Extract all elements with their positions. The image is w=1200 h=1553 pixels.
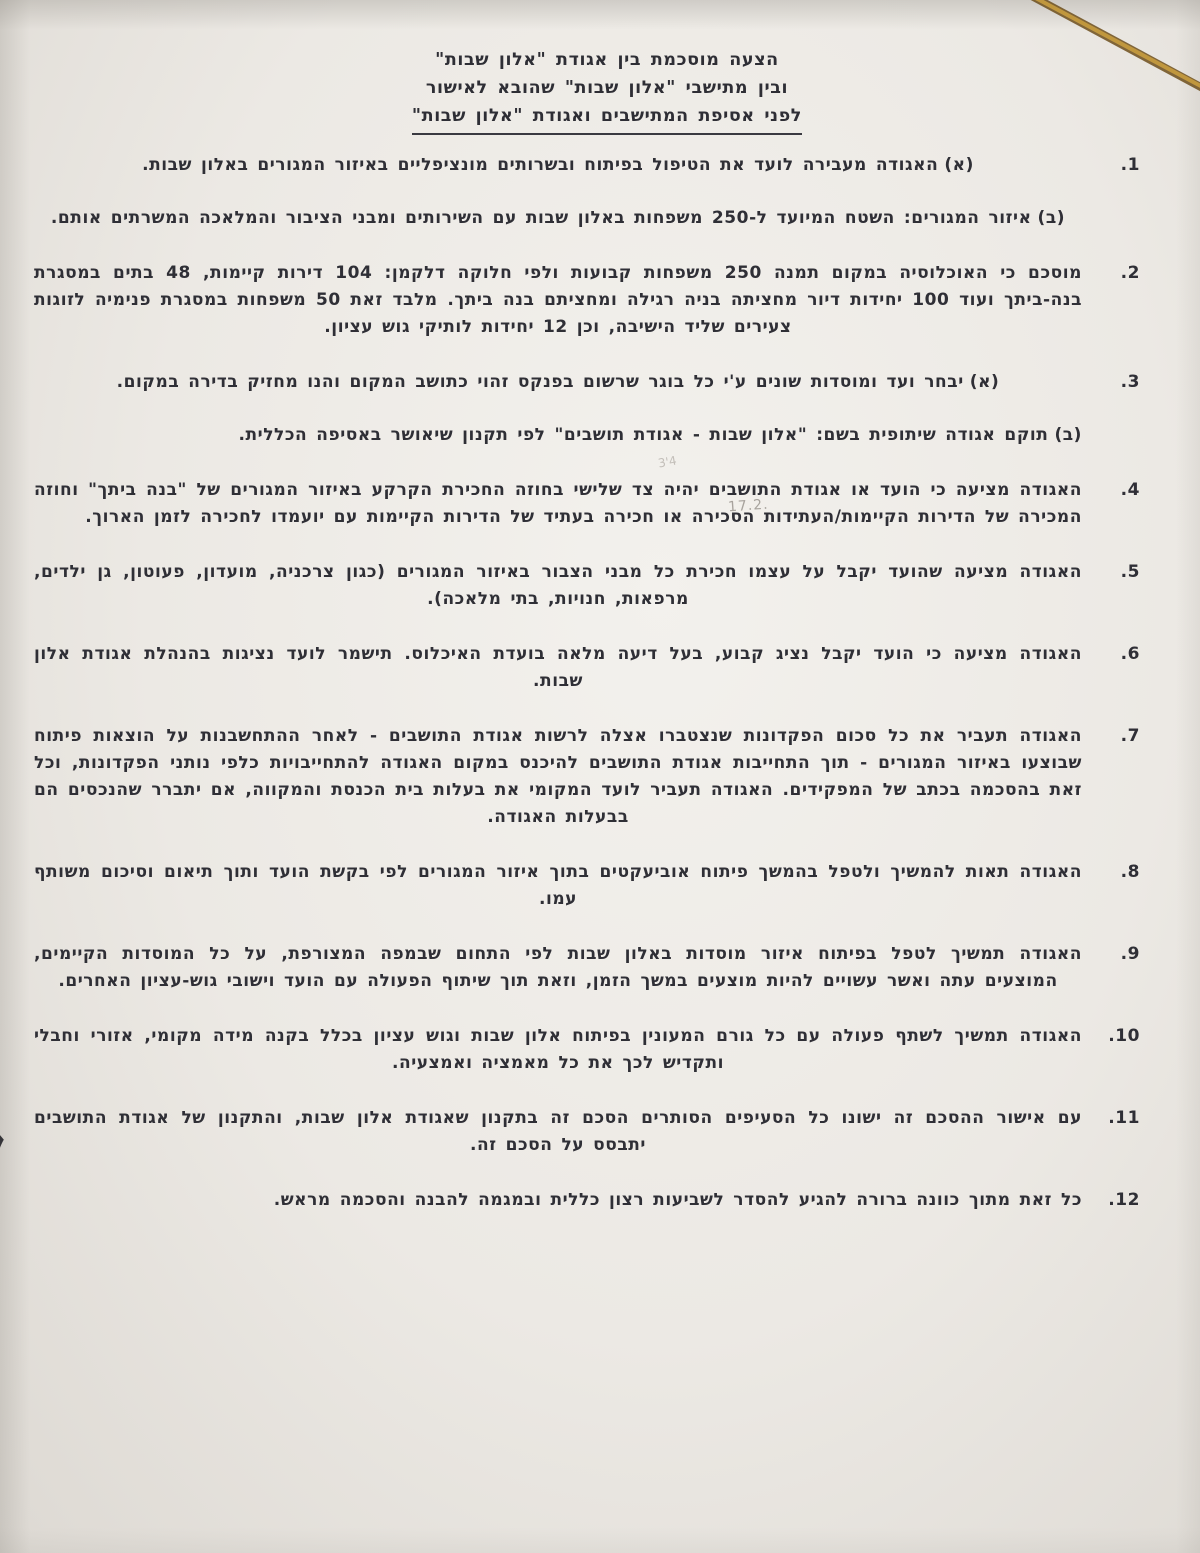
list-item-11: 11. עם אישור ההסכם זה ישונו כל הסעיפים ה… xyxy=(34,1105,1140,1159)
item-number: 7. xyxy=(1082,723,1140,831)
list-item-4: 4. האגודה מציעה כי הועד או אגודת התושבים… xyxy=(34,477,1140,531)
paragraph: (ב)תוקם אגודה שיתופית בשם: "אלון שבות - … xyxy=(34,422,1082,449)
document-body: 1. (א)האגודה מעבירה לועד את הטיפול בפיתו… xyxy=(34,152,1140,1242)
item-number: 1. xyxy=(1082,152,1140,232)
item-number: 5. xyxy=(1082,559,1140,613)
list-item-1: 1. (א)האגודה מעבירה לועד את הטיפול בפיתו… xyxy=(34,152,1140,232)
item-number: 12. xyxy=(1082,1187,1140,1214)
paragraph: עם אישור ההסכם זה ישונו כל הסעיפים הסותר… xyxy=(34,1105,1082,1159)
clause-text: יבחר ועד ומוסדות שונים ע'י כל בוגר שרשום… xyxy=(117,372,964,392)
list-item-12: 12. כל זאת מתוך כוונה ברורה להגיע להסדר … xyxy=(34,1187,1140,1214)
paragraph: (א)יבחר ועד ומוסדות שונים ע'י כל בוגר שר… xyxy=(34,369,1082,396)
clause-label: (ב) xyxy=(1048,425,1082,445)
list-item-5: 5. האגודה מציעה שהועד יקבל על עצמו חכירת… xyxy=(34,559,1140,613)
list-item-7: 7. האגודה תעביר את כל סכום הפקדונות שנצט… xyxy=(34,723,1140,831)
paragraph: האגודה תמשיך לשתף פעולה עם כל גורם המעונ… xyxy=(34,1023,1082,1077)
clause-text: תוקם אגודה שיתופית בשם: "אלון שבות - אגו… xyxy=(238,425,1048,445)
clause-label: (א) xyxy=(964,372,1000,392)
paragraph: (ב)איזור המגורים: השטח המיועד ל-250 משפח… xyxy=(34,205,1082,232)
paragraph: האגודה מציעה כי הועד או אגודת התושבים יה… xyxy=(34,477,1082,531)
paragraph: כל זאת מתוך כוונה ברורה להגיע להסדר לשבי… xyxy=(34,1187,1082,1214)
item-number: 2. xyxy=(1082,260,1140,341)
item-number: 11. xyxy=(1082,1105,1140,1159)
paragraph: האגודה תעביר את כל סכום הפקדונות שנצטברו… xyxy=(34,723,1082,831)
item-number: 6. xyxy=(1082,641,1140,695)
clause-label: (א) xyxy=(938,155,974,175)
list-item-8: 8. האגודה תאות להמשיך ולטפל בהמשך פיתוח … xyxy=(34,859,1140,913)
list-item-6: 6. האגודה מציעה כי הועד יקבל נציג קבוע, … xyxy=(34,641,1140,695)
paragraph: האגודה מציעה כי הועד יקבל נציג קבוע, בעל… xyxy=(34,641,1082,695)
item-number: 3. xyxy=(1082,369,1140,449)
list-item-2: 2. מוסכם כי האוכלוסיה במקום תמנה 250 משפ… xyxy=(34,260,1140,341)
item-number: 10. xyxy=(1082,1023,1140,1077)
paragraph: (א)האגודה מעבירה לועד את הטיפול בפיתוח ו… xyxy=(34,152,1082,179)
item-number: 9. xyxy=(1082,941,1140,995)
title-line-3-underlined: לפני אסיפת המתישבים ואגודת "אלון שבות" xyxy=(412,102,802,135)
item-number: 4. xyxy=(1082,477,1140,531)
paragraph: האגודה תמשיך לטפל בפיתוח איזור מוסדות בא… xyxy=(34,941,1082,995)
item-number: 8. xyxy=(1082,859,1140,913)
list-item-9: 9. האגודה תמשיך לטפל בפיתוח איזור מוסדות… xyxy=(34,941,1140,995)
title-line-1: הצעה מוסכמת בין אגודת "אלון שבות" xyxy=(412,46,802,74)
clause-text: איזור המגורים: השטח המיועד ל-250 משפחות … xyxy=(51,208,1032,228)
title-line-2: ובין מתישבי "אלון שבות" שהובא לאישור xyxy=(412,74,802,102)
paragraph: מוסכם כי האוכלוסיה במקום תמנה 250 משפחות… xyxy=(34,260,1082,341)
list-item-3: 3. (א)יבחר ועד ומוסדות שונים ע'י כל בוגר… xyxy=(34,369,1140,449)
clause-label: (ב) xyxy=(1032,208,1066,228)
paragraph: האגודה מציעה שהועד יקבל על עצמו חכירת כל… xyxy=(34,559,1082,613)
document-title: הצעה מוסכמת בין אגודת "אלון שבות" ובין מ… xyxy=(412,46,802,135)
list-item-10: 10. האגודה תמשיך לשתף פעולה עם כל גורם ה… xyxy=(34,1023,1140,1077)
clause-text: האגודה מעבירה לועד את הטיפול בפיתוח ובשר… xyxy=(142,155,938,175)
paragraph: האגודה תאות להמשיך ולטפל בהמשך פיתוח אוב… xyxy=(34,859,1082,913)
